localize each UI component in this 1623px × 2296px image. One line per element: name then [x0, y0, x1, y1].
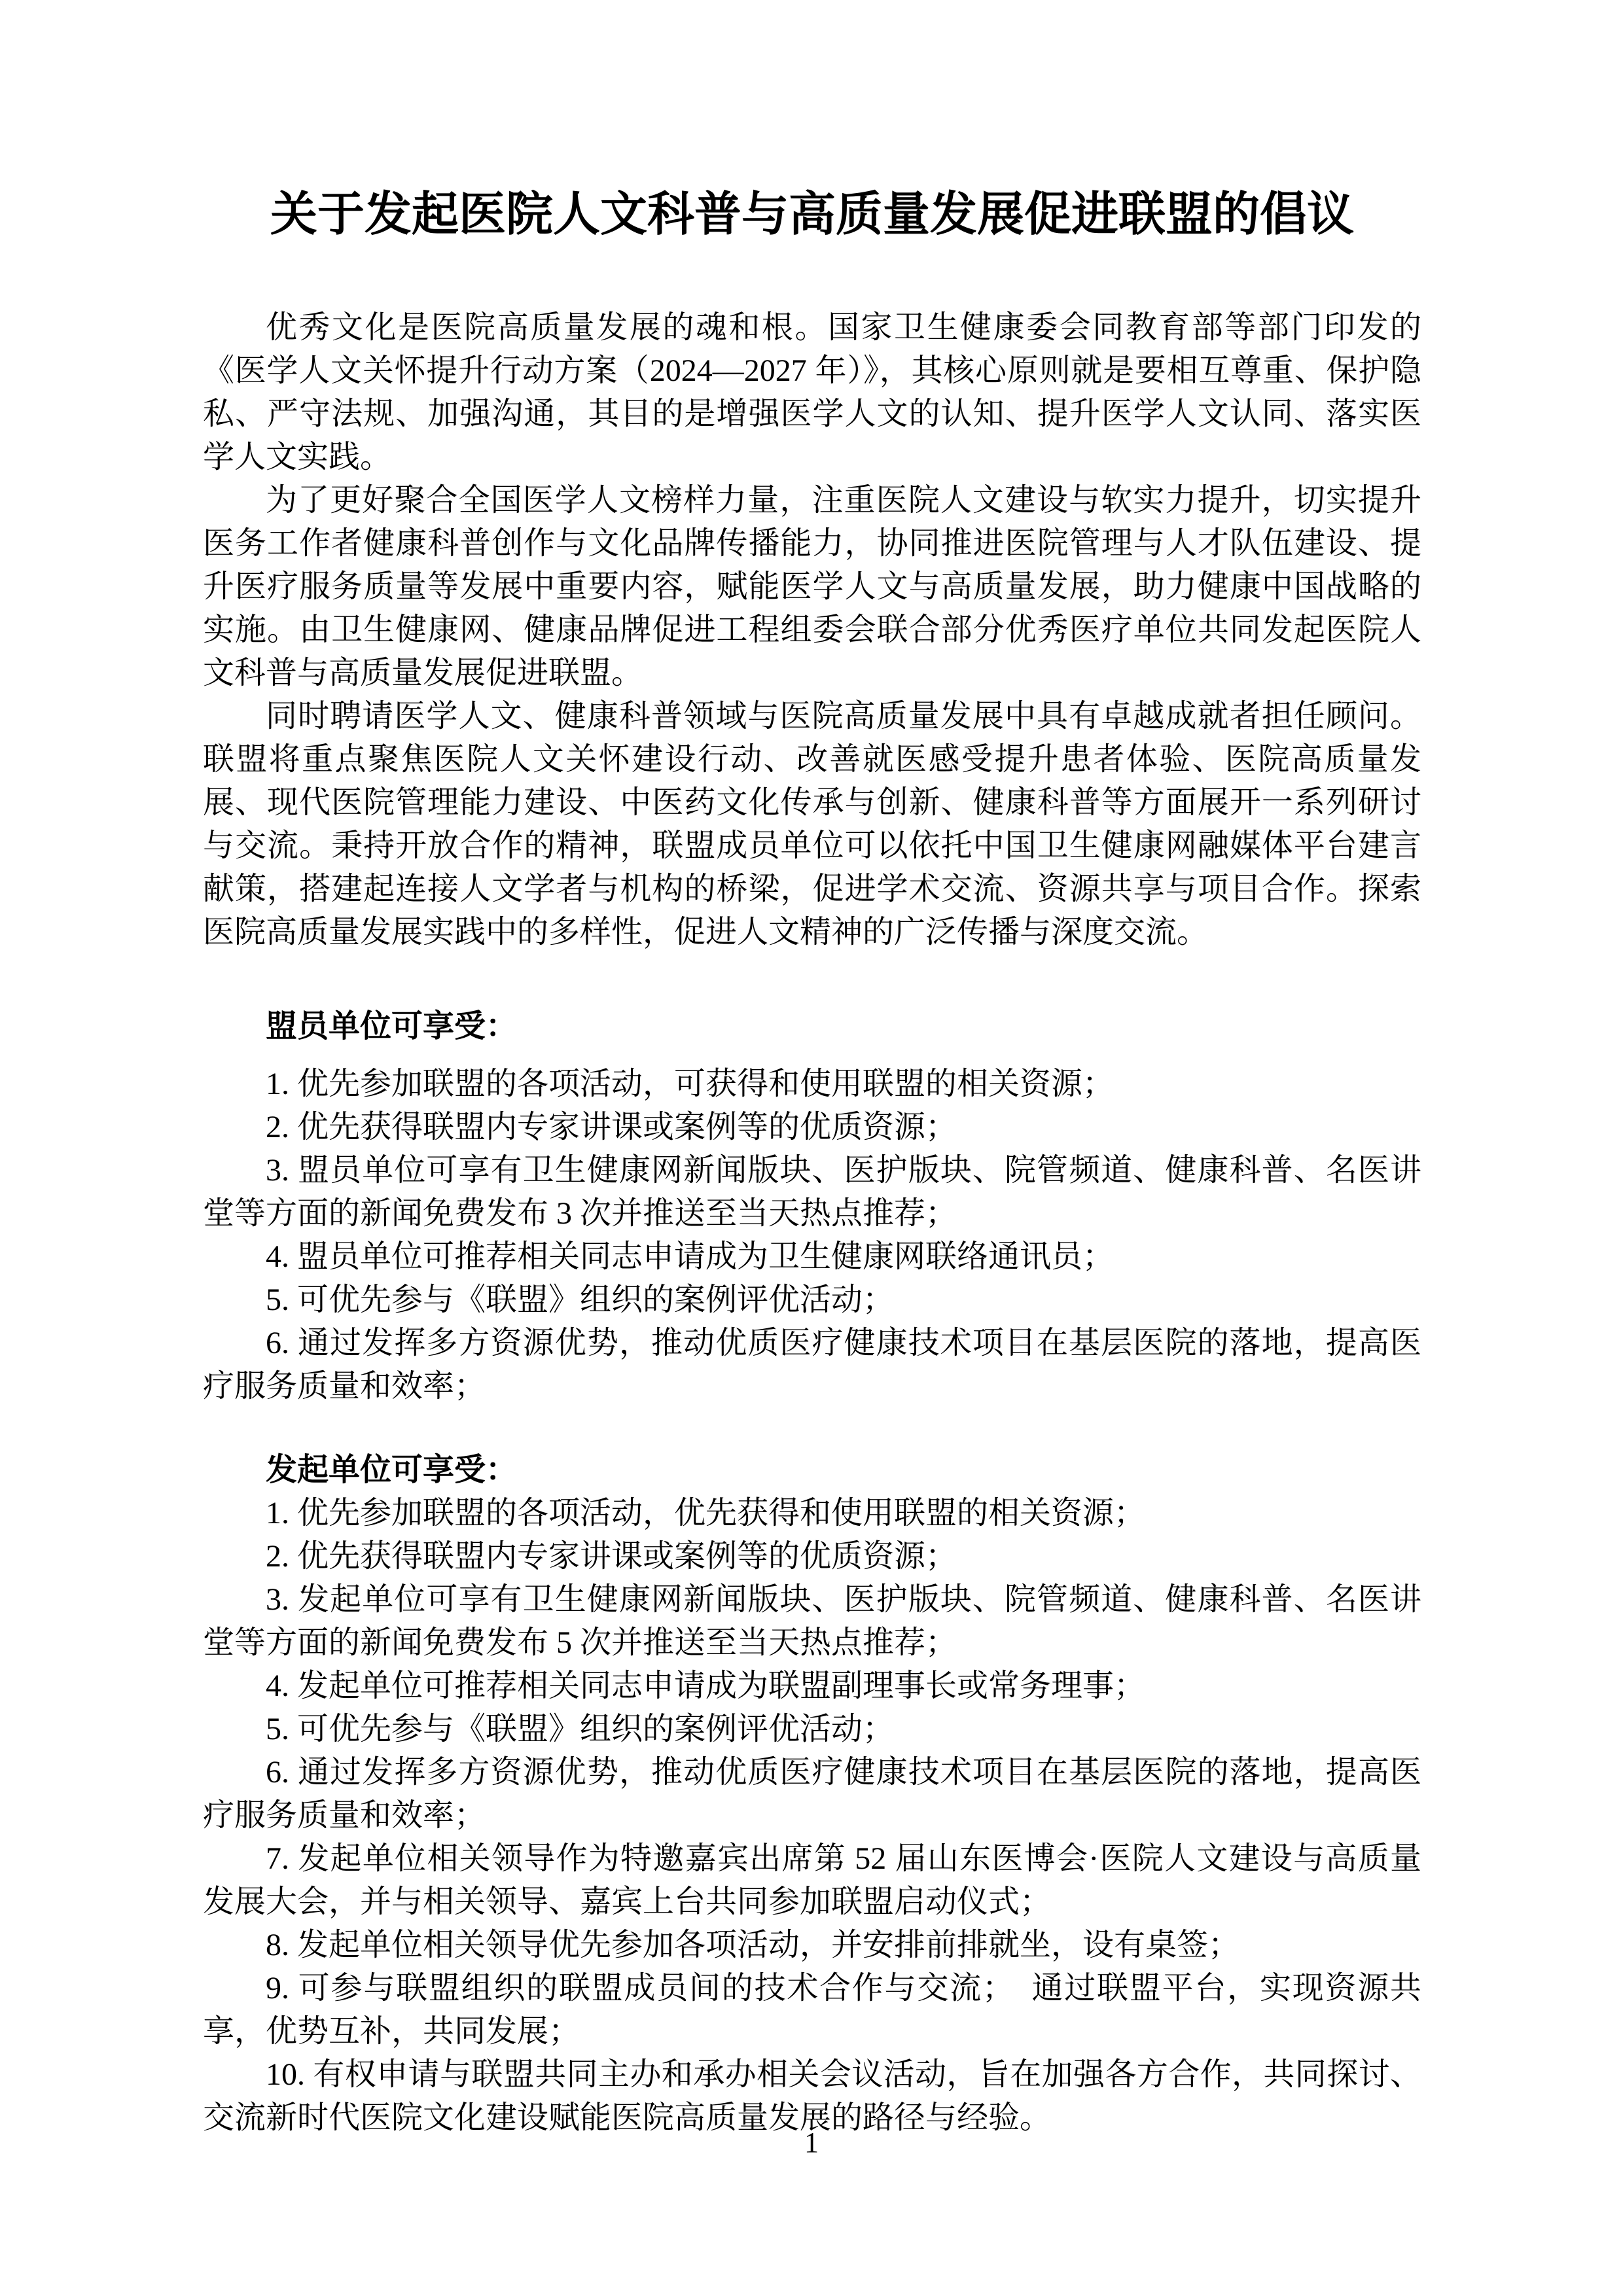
list-item: 3. 盟员单位可享有卫生健康网新闻版块、医护版块、院管频道、健康科普、名医讲堂等…: [203, 1149, 1421, 1235]
list-item: 3. 发起单位可享有卫生健康网新闻版块、医护版块、院管频道、健康科普、名医讲堂等…: [203, 1578, 1421, 1665]
paragraph: 优秀文化是医院高质量发展的魂和根。国家卫生健康委会同教育部等部门印发的《医学人文…: [203, 306, 1421, 479]
list-item: 9. 可参与联盟组织的联盟成员间的技术合作与交流； 通过联盟平台，实现资源共享，…: [203, 1967, 1421, 2053]
list-item: 4. 盟员单位可推荐相关同志申请成为卫生健康网联络通讯员；: [203, 1235, 1421, 1279]
paragraph: 同时聘请医学人文、健康科普领域与医院高质量发展中具有卓越成就者担任顾问。联盟将重…: [203, 695, 1421, 954]
section-header-member-benefits: 盟员单位可享受：: [203, 1005, 1421, 1048]
list-item: 6. 通过发挥多方资源优势，推动优质医疗健康技术项目在基层医院的落地，提高医疗服…: [203, 1751, 1421, 1837]
list-item: 1. 优先参加联盟的各项活动，优先获得和使用联盟的相关资源；: [203, 1492, 1421, 1535]
list-item: 5. 可优先参与《联盟》组织的案例评优活动；: [203, 1279, 1421, 1322]
page-number: 1: [0, 2127, 1623, 2159]
document-page: 关于发起医院人文科普与高质量发展促进联盟的倡议 优秀文化是医院高质量发展的魂和根…: [0, 0, 1623, 2296]
document-content: 关于发起医院人文科普与高质量发展促进联盟的倡议 优秀文化是医院高质量发展的魂和根…: [203, 0, 1421, 2140]
list-item: 2. 优先获得联盟内专家讲课或案例等的优质资源；: [203, 1106, 1421, 1149]
list-item: 5. 可优先参与《联盟》组织的案例评优活动；: [203, 1708, 1421, 1751]
list-item: 1. 优先参加联盟的各项活动，可获得和使用联盟的相关资源；: [203, 1063, 1421, 1106]
list-item: 6. 通过发挥多方资源优势，推动优质医疗健康技术项目在基层医院的落地，提高医疗服…: [203, 1322, 1421, 1408]
list-item: 8. 发起单位相关领导优先参加各项活动，并安排前排就坐，设有桌签；: [203, 1924, 1421, 1967]
section-header-initiator-benefits: 发起单位可享受：: [203, 1449, 1421, 1492]
list-item: 7. 发起单位相关领导作为特邀嘉宾出席第 52 届山东医博会·医院人文建设与高质…: [203, 1837, 1421, 1924]
paragraph: 为了更好聚合全国医学人文榜样力量，注重医院人文建设与软实力提升，切实提升医务工作…: [203, 479, 1421, 695]
list-item: 4. 发起单位可推荐相关同志申请成为联盟副理事长或常务理事；: [203, 1665, 1421, 1708]
list-item: 2. 优先获得联盟内专家讲课或案例等的优质资源；: [203, 1535, 1421, 1578]
page-title: 关于发起医院人文科普与高质量发展促进联盟的倡议: [203, 188, 1421, 241]
